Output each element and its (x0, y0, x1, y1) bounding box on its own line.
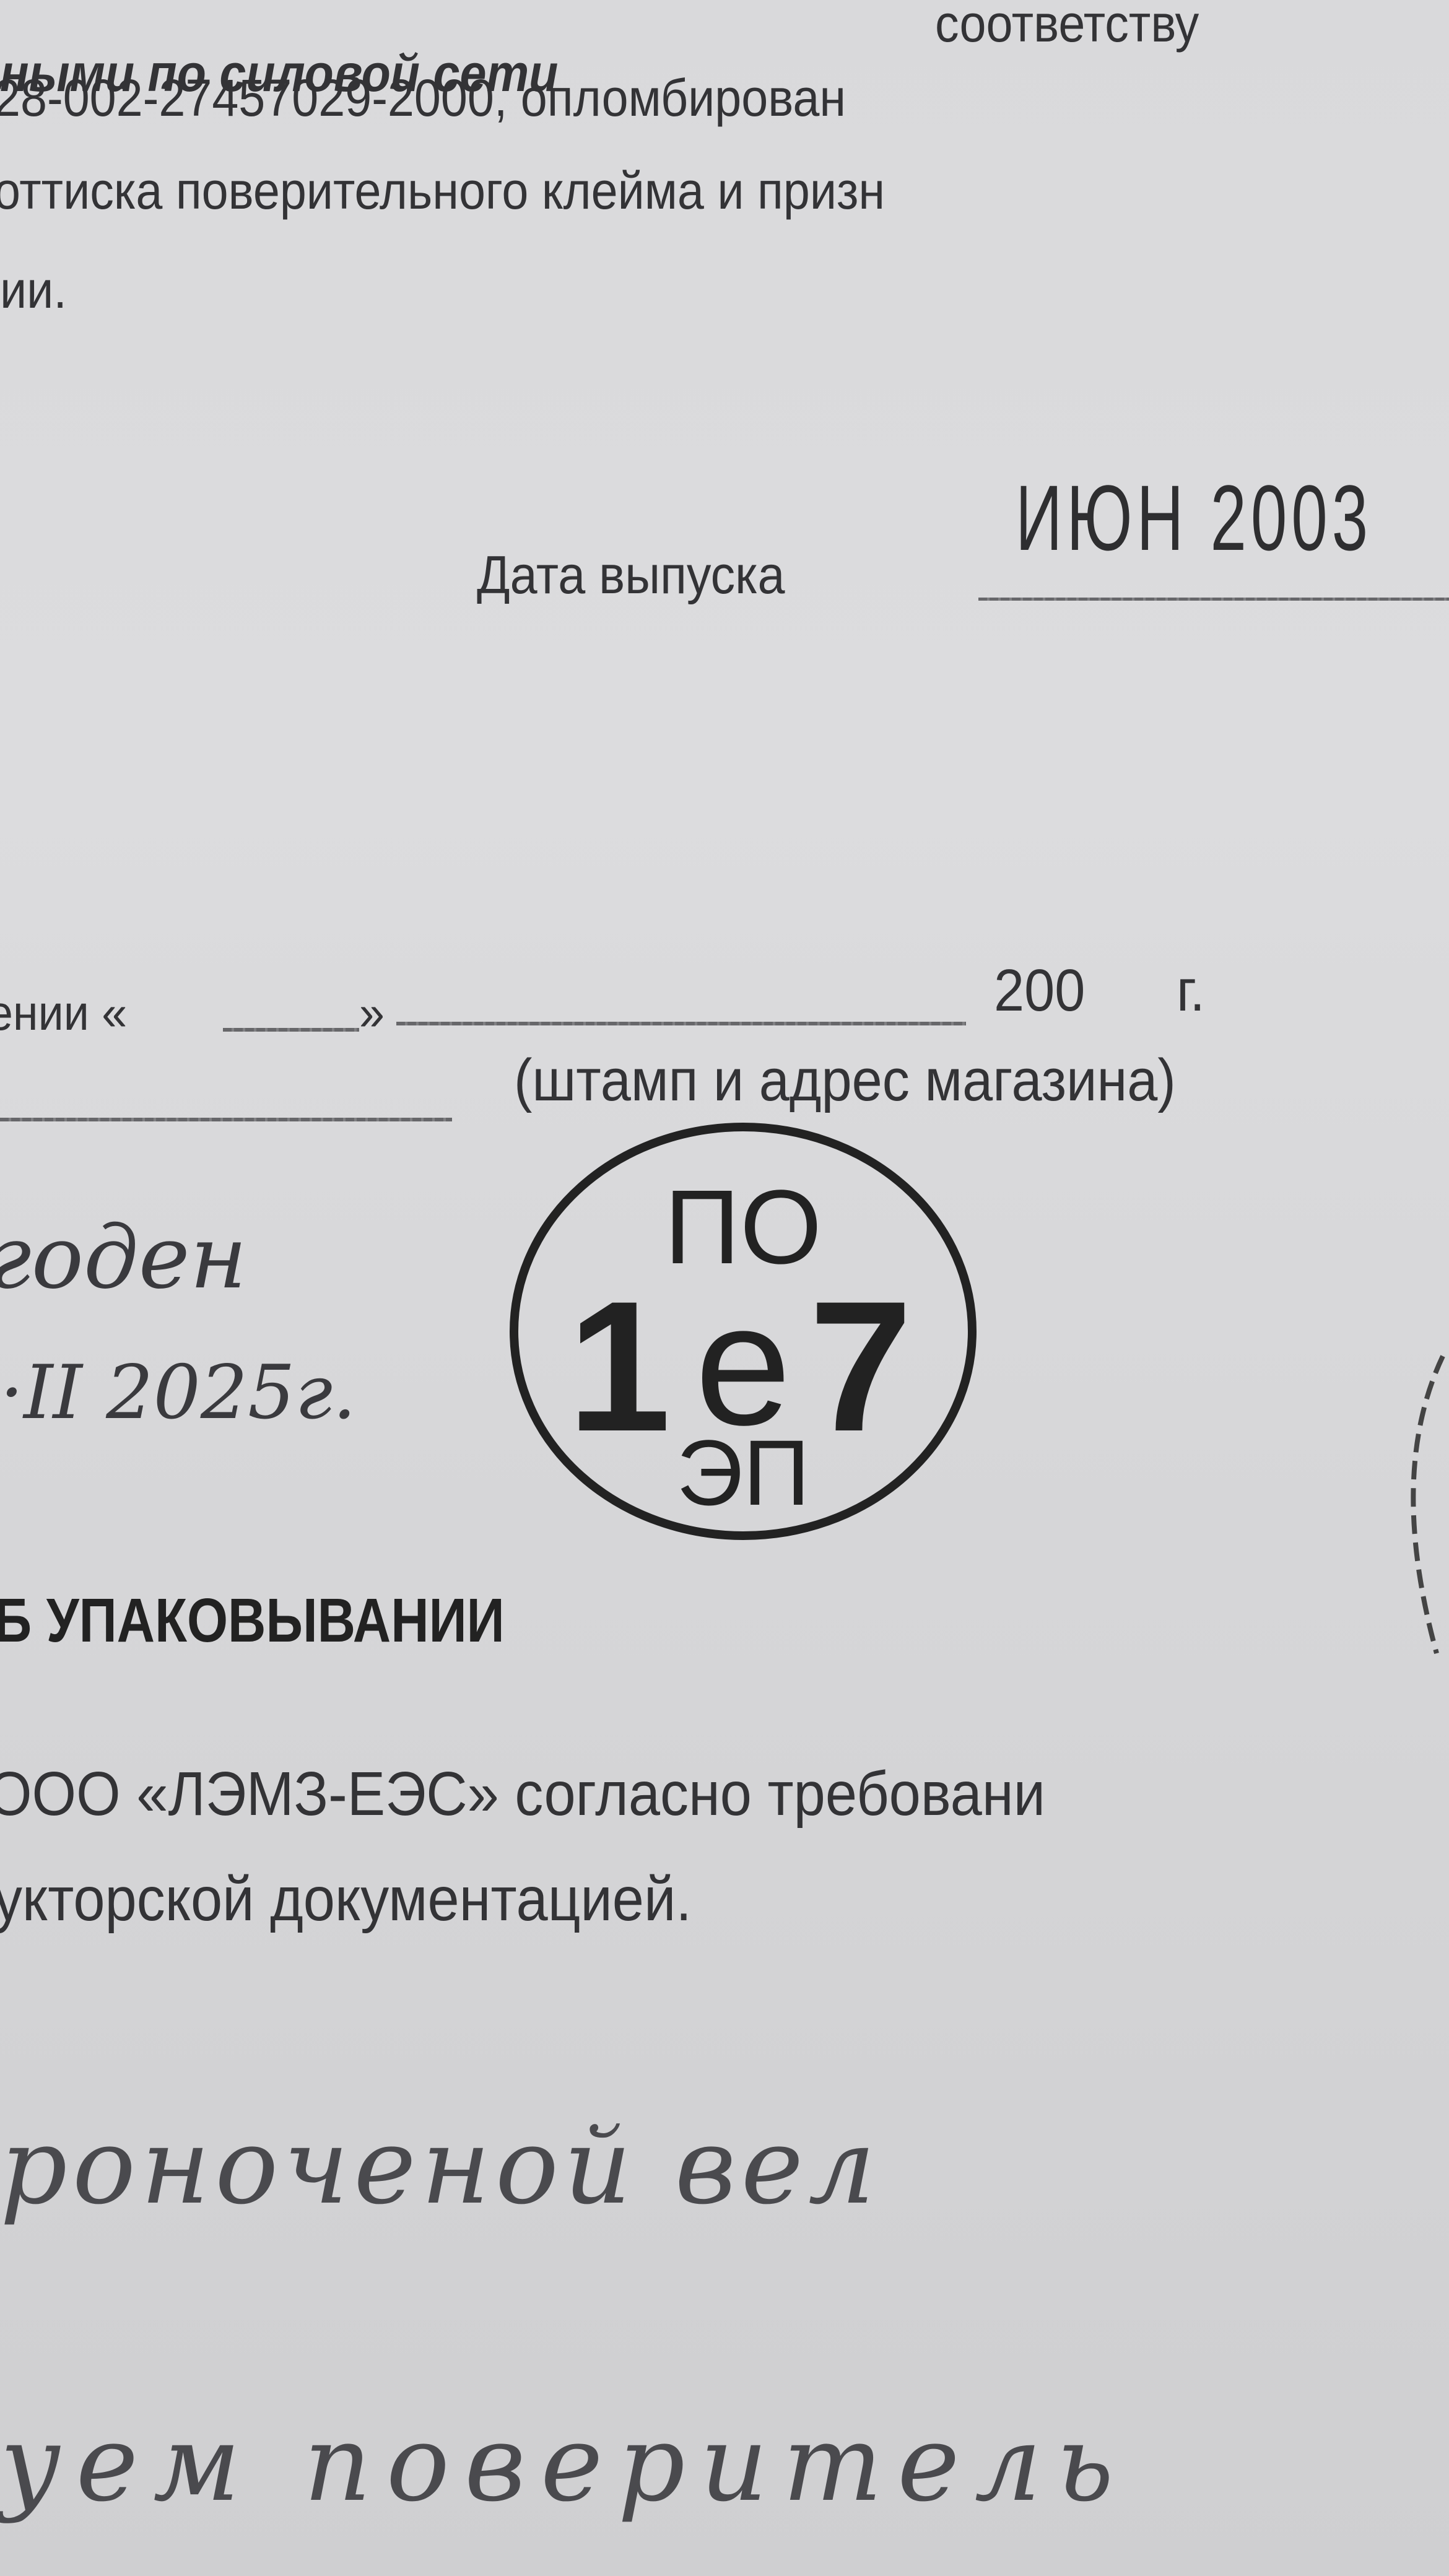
top-line-4: ии. (0, 260, 67, 320)
sale-prefix: ении « (0, 985, 127, 1042)
packaging-heading: Б УПАКОВЫВАНИИ (0, 1585, 505, 1656)
top-line-1: ными по силовой сети (0, 0, 558, 48)
stamp-bottom-text: ЭП (676, 1421, 810, 1525)
handwriting-line-2: уем поверитель (0, 2403, 1129, 2525)
otk-stamp: ПО 1 e 7 ЭП (495, 1108, 991, 1542)
top-line-1-rest: соответству (935, 0, 1199, 54)
stamp-left-digit: 1 (568, 1262, 671, 1470)
stamp-right-digit: 7 (809, 1262, 913, 1470)
release-date-underline (978, 598, 1449, 601)
top-line-3: оттиска поверительного клейма и призн (0, 161, 885, 221)
stamp-caption: (штамп и адрес магазина) (514, 1046, 1176, 1115)
release-date-label: Дата выпуска (477, 545, 785, 606)
packaging-line-1: ООО «ЛЭМЗ-ЕЭС» согласно требовани (0, 1759, 1045, 1830)
conforms-text: соответству (935, 0, 1199, 53)
handwritten-valid: годен (0, 1207, 247, 1308)
release-date-stamp: ИЮН 2003 (1016, 464, 1372, 572)
sale-month-field[interactable] (396, 1022, 966, 1025)
sale-signature-field[interactable] (0, 1118, 452, 1121)
handwriting-line-1: роноченой вел (0, 2105, 881, 2228)
packaging-line-2: укторской документацией. (0, 1864, 692, 1935)
sale-quote-close: » (359, 985, 385, 1042)
partial-stamp-arc (1381, 1350, 1449, 1660)
sale-year: 200 (994, 957, 1085, 1025)
top-line-2: 28-002-27457029-2000, опломбирован (0, 68, 846, 128)
sale-year-suffix: г. (1177, 957, 1205, 1025)
handwritten-date: ·II 2025г. (0, 1350, 356, 1436)
sale-day-field[interactable] (223, 1028, 359, 1032)
